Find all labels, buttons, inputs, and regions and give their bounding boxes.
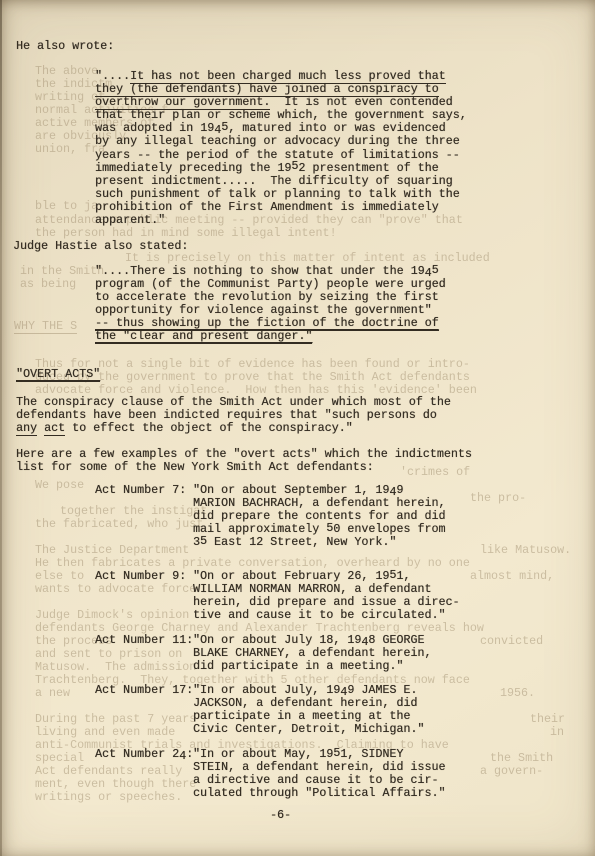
- quote-block-1: "....It has not been charged much less p…: [95, 70, 467, 227]
- plain-text: [37, 421, 44, 435]
- act-item-17: Act Number 17: "In or about July, 1949 J…: [95, 684, 424, 736]
- act-text: "On or about September 1, 1949 MARION BA…: [193, 484, 446, 549]
- text-line: by any illegal teaching or advocacy duri…: [95, 135, 467, 148]
- act-item-11: Act Number 11: "On or about July 18, 194…: [95, 634, 431, 673]
- act-text: "In or about May, 1951, SIDNEY STEIN, a …: [193, 748, 446, 800]
- quote-open: "....: [95, 69, 130, 83]
- text-line: such punishment of talk or planning to t…: [95, 188, 467, 201]
- text-line: "OVERT ACTS": [16, 368, 100, 381]
- act-number-label: Act Number 17:: [95, 684, 193, 697]
- text-line: any act to effect the object of the cons…: [16, 422, 451, 435]
- act-text: "On or about July 18, 1948 GEORGE BLAKE …: [193, 634, 431, 673]
- intro-line-he-wrote: He also wrote:: [16, 40, 114, 53]
- act-item-24: Act Number 24: "In or about May, 1951, S…: [95, 748, 446, 800]
- text-line: 35 East 12 Street, New York.": [193, 536, 446, 549]
- text-line: -6-: [270, 809, 291, 822]
- act-number-label: Act Number 7:: [95, 484, 186, 497]
- quote-block-2: "....There is nothing to show that under…: [95, 265, 446, 344]
- act-item-7: Act Number 7: "On or about September 1, …: [95, 484, 446, 549]
- plain-text: It is not even contended: [270, 95, 452, 109]
- text-line: apparent.": [95, 214, 467, 227]
- intro-line-judge-hastie: Judge Hastie also stated:: [13, 240, 188, 253]
- text-line: years -- the period of the statute of li…: [95, 149, 467, 162]
- underlined-text: act: [44, 421, 65, 436]
- text-line: the "clear and present danger.": [95, 330, 446, 343]
- paragraph-examples-intro: Here are a few examples of the "overt ac…: [16, 448, 472, 474]
- plain-text: to effect the object of the conspiracy.": [65, 421, 353, 435]
- text-line: tive and cause it to be circulated.": [193, 609, 460, 622]
- text-line: present indictment..... The difficulty o…: [95, 175, 467, 188]
- paragraph-conspiracy-clause: The conspiracy clause of the Smith Act u…: [16, 396, 451, 435]
- typewritten-content: He also wrote: "....It has not been char…: [0, 0, 595, 856]
- act-number-label: Act Number 9:: [95, 570, 186, 583]
- text-line: did participate in a meeting.": [193, 660, 431, 673]
- text-line: culated through "Political Affairs.": [193, 787, 446, 800]
- act-number-label: Act Number 11:: [95, 634, 193, 647]
- underlined-text: any: [16, 421, 37, 436]
- heading-text: "OVERT ACTS": [16, 367, 100, 382]
- text-line: He also wrote:: [16, 40, 114, 53]
- act-text: "In or about July, 1949 JAMES E. JACKSON…: [193, 684, 424, 736]
- document-page: The abovethe indictmwriting ofnormal act…: [0, 0, 595, 856]
- text-line: immediately preceding the 1952 presentme…: [95, 162, 467, 175]
- underlined-text: the "clear and present danger.": [95, 329, 312, 344]
- text-line: Judge Hastie also stated:: [13, 240, 188, 253]
- act-text: "On or about February 26, 1951, WILLIAM …: [193, 570, 460, 622]
- act-number-label: Act Number 24:: [95, 748, 193, 761]
- act-item-9: Act Number 9: "On or about February 26, …: [95, 570, 460, 622]
- text-line: list for some of the New York Smith Act …: [16, 461, 472, 474]
- page-number: -6-: [270, 809, 291, 822]
- text-line: Civic Center, Detroit, Michigan.": [193, 723, 424, 736]
- section-heading-overt-acts: "OVERT ACTS": [16, 368, 100, 381]
